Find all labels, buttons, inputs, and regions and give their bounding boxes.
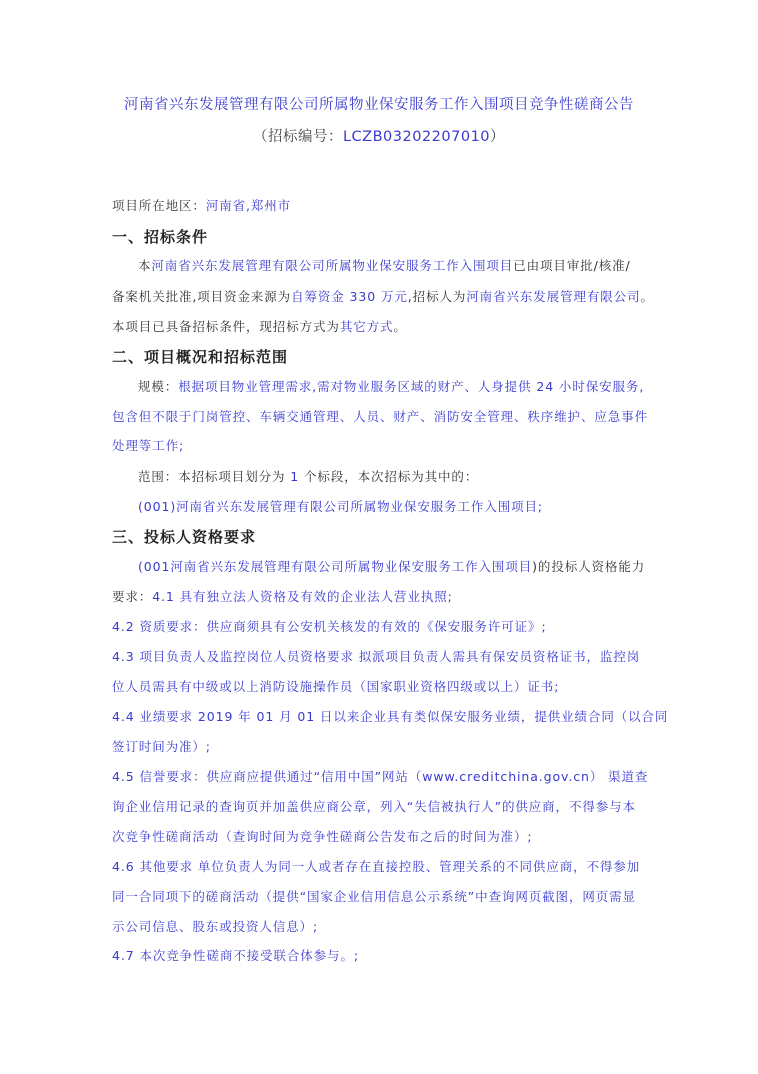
text: 备案机关批准,项目资金来源为 bbox=[112, 289, 291, 304]
qualification-line: 询企业信用记录的查询页并加盖供应商公章，列入“失信被执行人”的供应商，不得参与本 bbox=[112, 797, 652, 815]
qualification-line: 示公司信息、股东或投资人信息）; bbox=[112, 917, 652, 935]
lot-count: 1 bbox=[290, 469, 299, 484]
scale-line: 处理等工作; bbox=[112, 436, 652, 454]
text: 已由项目审批/核准/ bbox=[513, 258, 630, 273]
funding-source: 自筹资金 330 万元 bbox=[291, 289, 408, 304]
scale-label: 规模： bbox=[138, 379, 178, 394]
qualification-line: 位人员需具有中级或以上消防设施操作员（国家职业资格四级或以上）证书; bbox=[112, 677, 652, 695]
subtitle-label: （招标编号： bbox=[253, 129, 343, 145]
location-line: 项目所在地区：河南省,郑州市 bbox=[112, 196, 652, 214]
text: 要求： bbox=[112, 589, 152, 604]
scale-text: 根据项目物业管理需求,需对物业服务区域的财产、人身提供 24 小时保安服务, bbox=[178, 379, 644, 394]
text: 个标段，本次招标为其中的： bbox=[299, 469, 478, 484]
tender-code: LCZB03202207010 bbox=[343, 129, 490, 145]
requirement: 4.1 具有独立法人资格及有效的企业法人营业执照; bbox=[152, 589, 453, 604]
scale-line: 包含但不限于门岗管控、车辆交通管理、人员、财产、消防安全管理、秩序维护、应急事件 bbox=[112, 407, 652, 425]
paragraph-line: 本项目已具备招标条件，现招标方式为其它方式。 bbox=[112, 317, 652, 335]
text: 本项目已具备招标条件，现招标方式为 bbox=[112, 319, 340, 334]
paragraph-line: 备案机关批准,项目资金来源为自筹资金 330 万元,招标人为河南省兴东发展管理有… bbox=[112, 287, 652, 305]
section-heading-1: 一、招标条件 bbox=[112, 226, 652, 247]
tenderer-name: 河南省兴东发展管理有限公司 bbox=[466, 289, 640, 304]
subtitle-close: ） bbox=[490, 129, 505, 145]
text: 。 bbox=[393, 319, 406, 334]
section-heading-3: 三、投标人资格要求 bbox=[112, 526, 652, 547]
document-page: 河南省兴东发展管理有限公司所属物业保安服务工作入围项目竞争性磋商公告 （招标编号… bbox=[0, 0, 758, 1074]
qualification-line: 同一合同项下的磋商活动（提供“国家企业信用信息公示系统”中查询网页截图，网页需显 bbox=[112, 887, 652, 905]
text: 本 bbox=[138, 258, 151, 273]
text: 。 bbox=[640, 289, 653, 304]
text: 范围：本招标项目划分为 bbox=[138, 469, 290, 484]
qualification-line: 4.6 其他要求 单位负责人为同一人或者存在直接控股、管理关系的不同供应商，不得… bbox=[112, 857, 652, 875]
qualification-line: 4.5 信誉要求：供应商应提供通过“信用中国”网站（www.creditchin… bbox=[112, 767, 652, 785]
paragraph-line: 本河南省兴东发展管理有限公司所属物业保安服务工作入围项目已由项目审批/核准/ bbox=[138, 256, 678, 274]
range-line: 范围：本招标项目划分为 1 个标段，本次招标为其中的： bbox=[138, 467, 678, 485]
document-subtitle: （招标编号：LCZB03202207010） bbox=[0, 125, 758, 146]
qualification-line: (001河南省兴东发展管理有限公司所属物业保安服务工作入围项目)的投标人资格能力 bbox=[138, 557, 678, 575]
qualification-line: 要求：4.1 具有独立法人资格及有效的企业法人营业执照; bbox=[112, 587, 652, 605]
document-title: 河南省兴东发展管理有限公司所属物业保安服务工作入围项目竞争性磋商公告 bbox=[0, 93, 758, 114]
text: )的投标人资格能力 bbox=[532, 559, 645, 574]
text: ,招标人为 bbox=[408, 289, 466, 304]
tender-method: 其它方式 bbox=[340, 319, 394, 334]
qualification-line: 签订时间为准）; bbox=[112, 737, 652, 755]
qualification-line: 4.3 项目负责人及监控岗位人员资格要求 拟派项目负责人需具有保安员资格证书，监… bbox=[112, 647, 652, 665]
section-heading-2: 二、项目概况和招标范围 bbox=[112, 346, 652, 367]
qualification-line: 4.4 业绩要求 2019 年 01 月 01 日以来企业具有类似保安服务业绩，… bbox=[112, 707, 652, 725]
qualification-line: 4.2 资质要求：供应商须具有公安机关核发的有效的《保安服务许可证》; bbox=[112, 617, 652, 635]
scale-line: 规模：根据项目物业管理需求,需对物业服务区域的财产、人身提供 24 小时保安服务… bbox=[138, 377, 678, 395]
location-value: 河南省,郑州市 bbox=[206, 198, 291, 213]
qualification-line: 次竞争性磋商活动（查询时间为竞争性磋商公告发布之后的时间为准）; bbox=[112, 827, 652, 845]
project-name: 河南省兴东发展管理有限公司所属物业保安服务工作入围项目 bbox=[151, 258, 513, 273]
location-label: 项目所在地区： bbox=[112, 198, 206, 213]
project-ref: (001河南省兴东发展管理有限公司所属物业保安服务工作入围项目 bbox=[138, 559, 532, 574]
qualification-line: 4.7 本次竞争性磋商不接受联合体参与。; bbox=[112, 946, 652, 964]
lot-line: (001)河南省兴东发展管理有限公司所属物业保安服务工作入围项目; bbox=[138, 497, 678, 515]
